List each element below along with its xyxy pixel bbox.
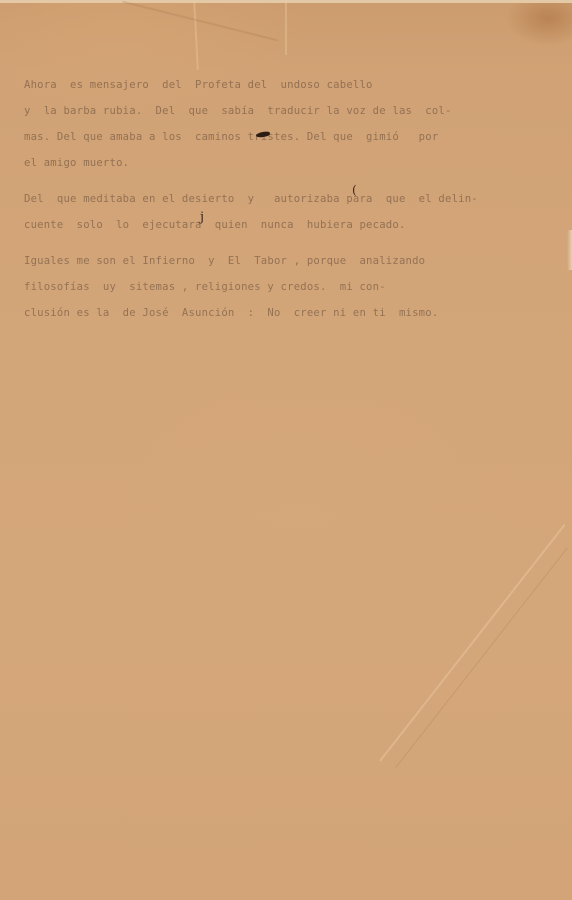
paper-crease xyxy=(285,0,287,55)
paper-crease xyxy=(193,0,199,70)
text-line: y la barba rubia. Del que sabía traducir… xyxy=(24,98,554,124)
paper-fold-diagonal xyxy=(379,524,565,762)
text-line: el amigo muerto. xyxy=(24,150,554,176)
text-line: clusión es la de José Asunción : No cree… xyxy=(24,300,554,326)
paper-edge-tear xyxy=(567,230,572,270)
paragraph-3: Iguales me son el Infierno y El Tabor , … xyxy=(24,248,554,326)
text-line: mas. Del que amaba a los caminos tristes… xyxy=(24,124,554,150)
document-page: Ahora es mensajero del Profeta del undos… xyxy=(0,0,572,900)
paper-fold-diagonal xyxy=(395,548,568,769)
text-line: Ahora es mensajero del Profeta del undos… xyxy=(24,72,554,98)
typewritten-text: Ahora es mensajero del Profeta del undos… xyxy=(24,72,554,336)
handwritten-mark: ( xyxy=(352,183,357,197)
text-line: Del que meditaba en el desierto y autori… xyxy=(24,186,554,212)
handwritten-mark: j xyxy=(200,210,204,225)
paragraph-1: Ahora es mensajero del Profeta del undos… xyxy=(24,72,554,176)
text-line: Iguales me son el Infierno y El Tabor , … xyxy=(24,248,554,274)
paragraph-2: Del que meditaba en el desierto y autori… xyxy=(24,186,554,238)
text-line: filosofías uy sitemas , religiones y cre… xyxy=(24,274,554,300)
text-line: cuente solo lo ejecutara quien nunca hub… xyxy=(24,212,554,238)
paper-crease xyxy=(122,1,278,42)
